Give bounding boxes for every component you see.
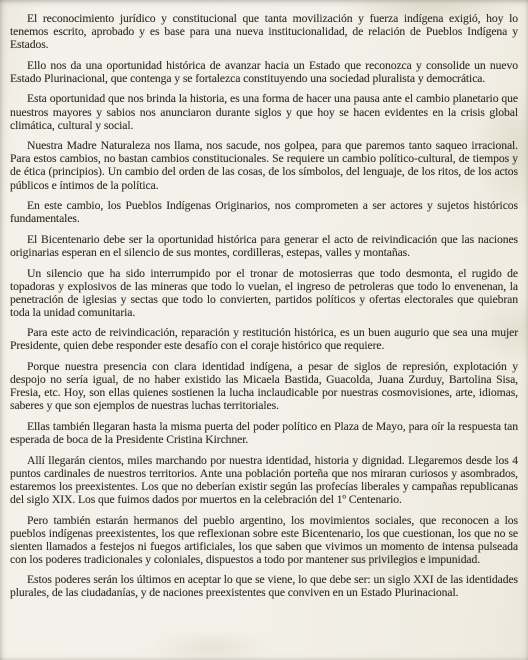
paragraph: Esta oportunidad que nos brinda la histo… — [10, 92, 518, 131]
paragraph: Nuestra Madre Naturaleza nos llama, nos … — [10, 139, 518, 191]
paragraph: Allí llegarán cientos, miles marchando p… — [10, 454, 518, 506]
paragraph: Estos poderes serán los últimos en acept… — [10, 573, 518, 599]
paragraph: Pero también estarán hermanos del pueblo… — [10, 514, 518, 566]
paragraph: Para este acto de reivindicación, repara… — [10, 326, 518, 352]
paragraph: Ellas también llegaran hasta la misma pu… — [10, 420, 518, 446]
paragraph: Ello nos da una oportunidad histórica de… — [10, 59, 518, 85]
paragraph: Un silencio que ha sido interrumpido por… — [10, 267, 518, 319]
document-page: El reconocimiento jurídico y constitucio… — [0, 0, 528, 660]
paragraph: El Bicentenario debe ser la oportunidad … — [10, 233, 518, 259]
document-text: El reconocimiento jurídico y constitucio… — [0, 0, 528, 660]
paragraph: Porque nuestra presencia con clara ident… — [10, 360, 518, 412]
paragraph: En este cambio, los Pueblos Indígenas Or… — [10, 199, 518, 225]
paragraph: El reconocimiento jurídico y constitucio… — [10, 12, 518, 51]
